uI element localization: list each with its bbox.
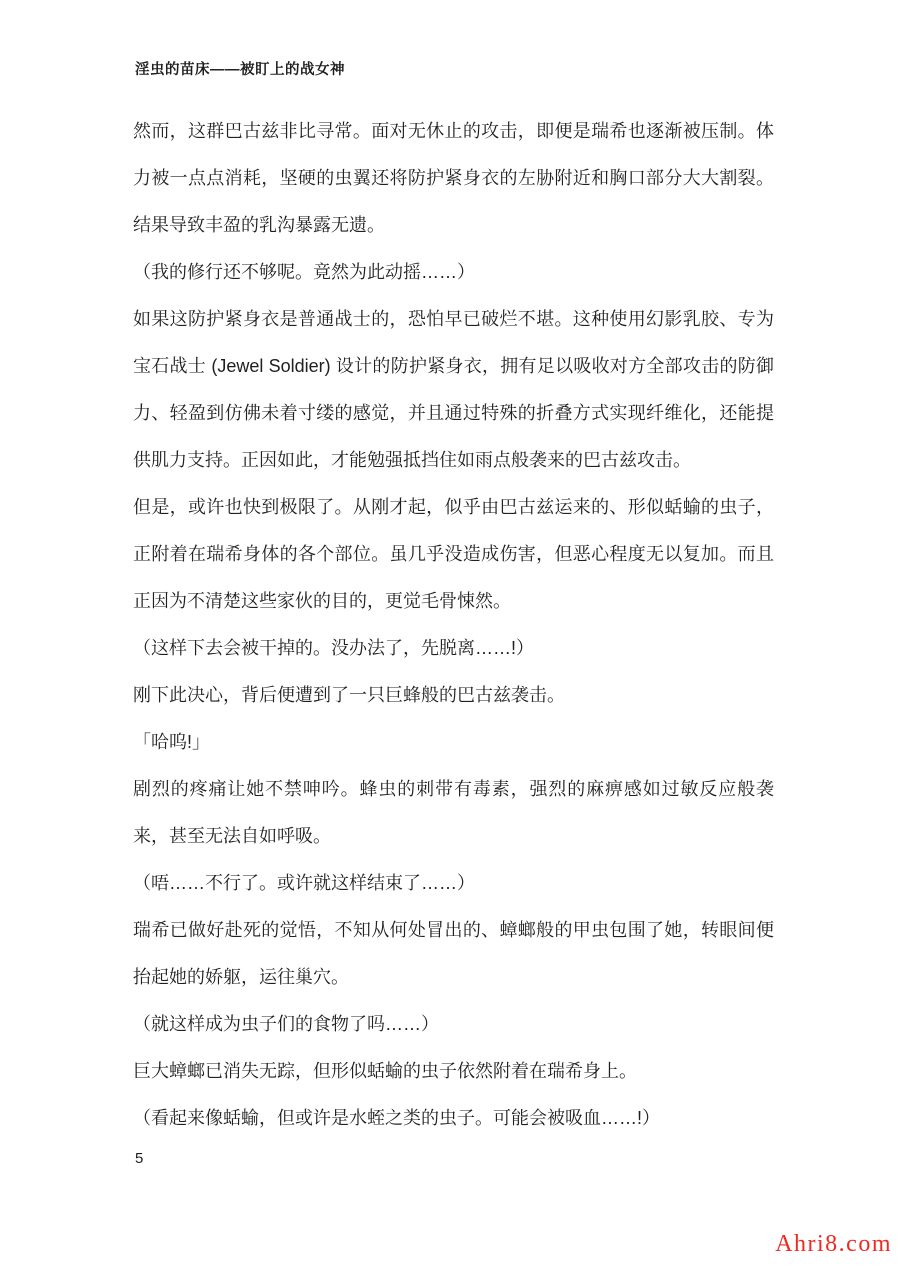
paragraph: （看起来像蛞蝓，但或许是水蛭之类的虫子。可能会被吸血……!）	[133, 1095, 774, 1142]
body-text: 然而，这群巴古兹非比寻常。面对无休止的攻击，即便是瑞希也逐渐被压制。体力被一点点…	[133, 108, 774, 1142]
paragraph: 刚下此决心，背后便遭到了一只巨蜂般的巴古兹袭击。	[133, 672, 774, 719]
running-header-title: 淫虫的苗床——被盯上的战女神	[135, 58, 345, 79]
paragraph: （唔……不行了。或许就这样结束了……）	[133, 860, 774, 907]
paragraph: 但是，或许也快到极限了。从刚才起，似乎由巴古兹运来的、形似蛞蝓的虫子，正附着在瑞…	[133, 484, 774, 625]
site-watermark: Ahri8.com	[775, 1231, 892, 1258]
page-number: 5	[135, 1150, 143, 1167]
paragraph: 如果这防护紧身衣是普通战士的，恐怕早已破烂不堪。这种使用幻影乳胶、专为宝石战士 …	[133, 296, 774, 484]
paragraph: 剧烈的疼痛让她不禁呻吟。蜂虫的刺带有毒素，强烈的麻痹感如过敏反应般袭来，甚至无法…	[133, 766, 774, 860]
document-page: 淫虫的苗床——被盯上的战女神 然而，这群巴古兹非比寻常。面对无休止的攻击，即便是…	[0, 0, 900, 1272]
paragraph: 瑞希已做好赴死的觉悟，不知从何处冒出的、蟑螂般的甲虫包围了她，转眼间便抬起她的娇…	[133, 907, 774, 1001]
paragraph: （这样下去会被干掉的。没办法了，先脱离……!）	[133, 625, 774, 672]
paragraph: （我的修行还不够呢。竟然为此动摇……）	[133, 249, 774, 296]
paragraph: 「哈呜!」	[133, 719, 774, 766]
paragraph: 巨大蟑螂已消失无踪，但形似蛞蝓的虫子依然附着在瑞希身上。	[133, 1048, 774, 1095]
paragraph: 然而，这群巴古兹非比寻常。面对无休止的攻击，即便是瑞希也逐渐被压制。体力被一点点…	[133, 108, 774, 249]
paragraph: （就这样成为虫子们的食物了吗……）	[133, 1001, 774, 1048]
